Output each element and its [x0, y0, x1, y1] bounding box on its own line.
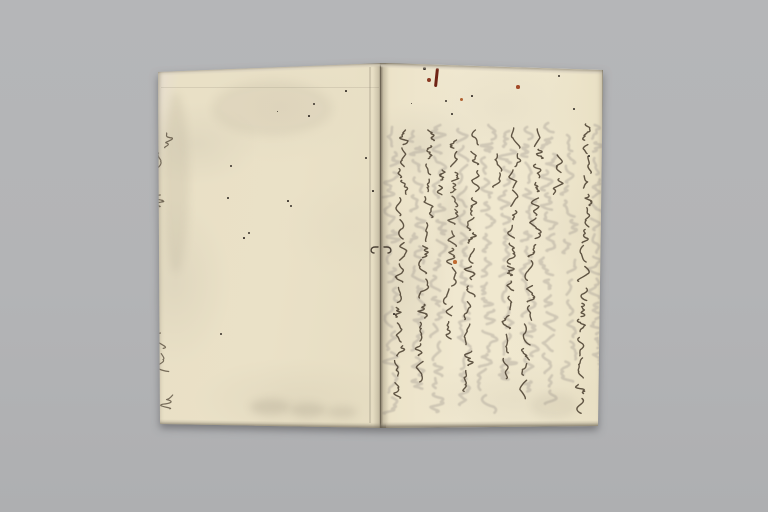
- ink-speck: [393, 313, 395, 315]
- ink-speck: [243, 237, 245, 239]
- right-page-text: [381, 63, 603, 429]
- ink-stain: [531, 393, 577, 419]
- ink-stain: [439, 183, 469, 263]
- margin-ink-doodle: [154, 331, 180, 384]
- binding-stitch-mark: [368, 243, 394, 257]
- ink-speck: [471, 95, 473, 97]
- ink-stain: [327, 406, 357, 418]
- ink-speck: [227, 197, 229, 199]
- red-ink-dot: [460, 98, 463, 101]
- margin-ink-doodle: [149, 193, 175, 213]
- manuscript-book: [157, 63, 603, 429]
- left-page-blank: [157, 63, 381, 429]
- ink-speck: [313, 103, 315, 105]
- ink-stain: [212, 81, 332, 136]
- calligraphy-column: [390, 128, 416, 406]
- ink-speck: [372, 190, 374, 192]
- ink-speck: [558, 75, 560, 77]
- red-ink-stroke: [434, 68, 439, 87]
- ink-speck: [287, 200, 289, 202]
- ink-stain: [163, 93, 189, 273]
- ink-stain: [290, 403, 326, 417]
- margin-ink-doodle: [152, 131, 178, 163]
- ink-speck: [290, 205, 292, 207]
- open-book-spread: [157, 63, 603, 429]
- ink-speck: [230, 165, 232, 167]
- red-ink-dot: [453, 260, 457, 264]
- red-ink-dot: [427, 78, 431, 82]
- ink-speck: [445, 100, 447, 102]
- ink-speck: [451, 113, 453, 115]
- calligraphy-column: [416, 128, 442, 386]
- ink-speck: [345, 90, 347, 92]
- ink-speck: [588, 155, 590, 157]
- photo-background: 湊を / 浦へ / 音を — headers over columns list…: [0, 0, 768, 512]
- ink-speck: [365, 157, 367, 159]
- ink-speck: [248, 232, 250, 234]
- ink-speck: [308, 115, 310, 117]
- ink-speck: [411, 103, 412, 104]
- red-ink-dot: [516, 85, 520, 89]
- ink-speck: [220, 333, 222, 335]
- red-ink-dot: [423, 67, 426, 70]
- margin-ink-doodle: [160, 393, 186, 411]
- calligraphy-column: [526, 127, 552, 390]
- ink-stain: [250, 399, 290, 415]
- ink-speck: [573, 108, 575, 110]
- calligraphy-column: [574, 122, 600, 410]
